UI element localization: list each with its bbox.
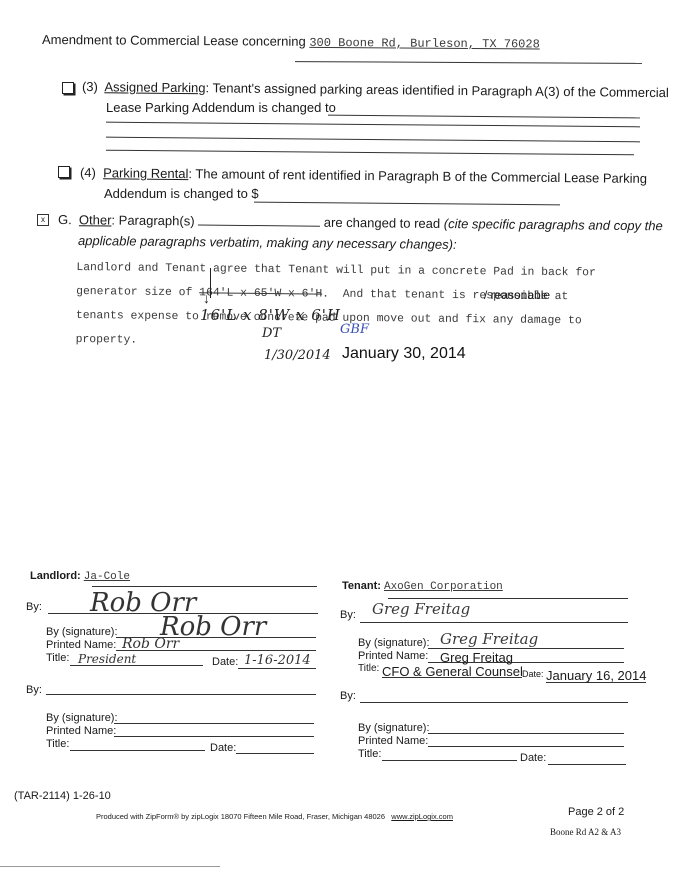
parking-rental-checkbox[interactable] [58,166,70,178]
document-name: Boone Rd A2 & A3 [550,827,621,837]
tenant-date2-field[interactable] [548,764,626,765]
tenant-label-text: Tenant: [342,580,381,592]
produced-by-text: Produced with ZipForm® by zipLogix 18070… [96,812,385,821]
parking-rental-amount-field[interactable] [254,202,560,206]
typed-line-4: property. [76,334,596,351]
landlord-label: Landlord: Ja-Cole [30,570,130,583]
other-changed-label: are changed to read [324,215,441,231]
landlord-name-line [92,586,317,587]
struck-dimensions: 164'L x 65'W x 6'H [199,287,322,300]
footer-edge-line [0,866,220,867]
other-paragraphs-label: : Paragraph(s) [111,213,194,229]
address-underline [295,61,642,64]
arrow-down-icon: ↓ [203,290,210,306]
other-text: G. Other: Paragraph(s) are changed to re… [58,212,663,233]
tenant-by2-label: By: [340,690,356,702]
assigned-parking-number: (3) [82,79,98,94]
tenant-by-signature-field[interactable] [428,648,624,649]
landlord-by-signature2-label: By (signature): [46,712,118,724]
property-address: 300 Boone Rd, Burleson, TX 76028 [309,36,540,52]
tenant-printed-name2-label: Printed Name: [358,735,428,747]
ziplogix-link[interactable]: www.zipLogix.com [391,812,453,821]
tenant-title-label: Title: [358,663,379,674]
tenant-by-field[interactable] [360,622,628,623]
parking-rental-title: Parking Rental [103,165,188,181]
tenant-name-line [388,598,628,599]
tenant-date2-label: Date: [520,752,546,764]
landlord-date2-label: Date: [210,742,236,754]
other-letter: G. [58,212,72,227]
landlord-printed-name2-label: Printed Name: [46,725,116,737]
typed-line-2a: generator size of [76,286,199,299]
landlord-title2-label: Title: [46,738,69,750]
amendment-header: Amendment to Commercial Lease concerning… [42,32,540,51]
tenant-printed-name2-field[interactable] [428,746,624,747]
landlord-by2-field[interactable] [46,694,316,695]
parking-rental-line2: Addendum is changed to $ [104,186,259,201]
handwritten-date: 1/30/2014 [264,348,331,363]
tenant-label: Tenant: AxoGen Corporation [342,580,503,593]
tenant-by-label: By: [340,609,356,621]
assigned-parking-text: (3) Assigned Parking: Tenant's assigned … [82,79,669,100]
tenant-date: January 16, 2014 [546,668,646,683]
page-number: Page 2 of 2 [568,806,624,818]
landlord-label-text: Landlord: [30,570,81,582]
landlord-printed-name-label: Printed Name: [46,639,116,651]
parking-rental-text: (4) Parking Rental: The amount of rent i… [80,165,647,186]
landlord-initials: DT [262,326,281,341]
tenant-title2-label: Title: [358,748,381,760]
landlord-date2-field[interactable] [236,753,314,754]
header-label: Amendment to Commercial Lease concerning [42,32,306,49]
parking-rental-line1: : The amount of rent identified in Parag… [188,166,647,186]
assigned-parking-field-4[interactable] [106,150,634,156]
landlord-title-label: Title: [46,652,69,664]
landlord-name: Ja-Cole [84,571,130,583]
tenant-name: AxoGen Corporation [384,581,503,593]
tenant-initials: GBF [340,322,369,337]
landlord-title: President [78,652,136,666]
landlord-printed-name2-field[interactable] [114,736,314,737]
tenant-by-signature-label: By (signature): [358,637,430,649]
tenant-signature-2: Greg Freitag [440,630,538,648]
other-checkbox[interactable]: x [37,214,49,226]
landlord-by-signature-label: By (signature): [46,626,118,638]
insert-reasonable: / reasonable [484,288,550,302]
landlord-date: 1-16-2014 [244,653,311,668]
landlord-by-label: By: [26,601,42,613]
tenant-by2-field[interactable] [360,702,628,703]
other-instruction-2: applicable paragraphs verbatim, making a… [78,233,457,252]
typed-line-1: Landlord and Tenant agree that Tenant wi… [76,262,596,279]
insert-caret-icon [210,268,211,298]
assigned-parking-field-2[interactable] [106,122,640,128]
form-id: (TAR-2114) 1-26-10 [14,790,111,802]
assigned-parking-field-1[interactable] [328,115,640,119]
tenant-title2-field[interactable] [382,760,517,761]
assigned-parking-title: Assigned Parking [104,79,205,95]
tenant-printed-name-label: Printed Name: [358,650,428,662]
assigned-parking-line1: : Tenant's assigned parking areas identi… [205,80,668,100]
tenant-date-label: Date: [522,669,544,679]
tenant-title: CFO & General Counsel [382,664,523,679]
parking-rental-number: (4) [80,165,96,180]
landlord-title2-field[interactable] [70,750,205,751]
other-paragraphs-field[interactable] [198,224,320,226]
landlord-date-field[interactable] [238,668,316,669]
handwritten-dimensions: 16'L x 8'W x 6'H [200,306,341,324]
typed-date: January 30, 2014 [342,345,466,363]
landlord-by-signature2-field[interactable] [114,723,314,724]
tenant-by-signature2-label: By (signature): [358,722,430,734]
assigned-parking-checkbox[interactable] [62,82,74,94]
other-title: Other [79,212,112,227]
assigned-parking-line2: Lease Parking Addendum is changed to [106,100,336,115]
landlord-printed-name: Rob Orr [122,636,179,652]
tenant-by-signature2-field[interactable] [428,733,624,734]
produced-by: Produced with ZipForm® by zipLogix 18070… [96,812,453,821]
landlord-by2-label: By: [26,684,42,696]
landlord-date-label: Date: [212,656,238,668]
tenant-signature-1: Greg Freitag [372,600,470,618]
tenant-printed-name: Greg Freitag [440,650,513,665]
assigned-parking-field-3[interactable] [106,137,640,143]
other-instruction-1: (cite specific paragraphs and copy the [444,216,663,233]
